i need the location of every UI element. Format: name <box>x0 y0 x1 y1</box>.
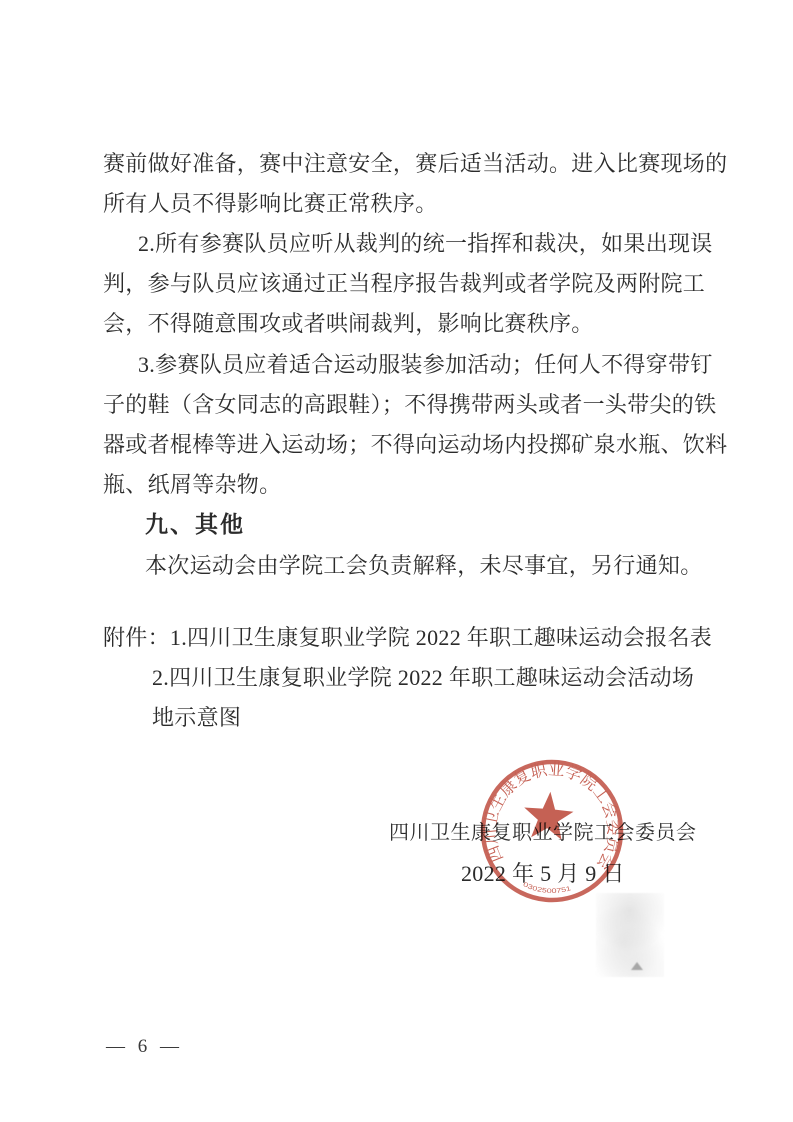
body-line: 本次运动会由学院工会负责解释，未尽事宜，另行通知。 <box>145 553 703 579</box>
body-line: 2.所有参赛队员应听从裁判的统一指挥和裁决，如果出现误 <box>138 231 713 257</box>
body-line: 会，不得随意围攻或者哄闹裁判，影响比赛秩序。 <box>103 311 594 337</box>
attachment-line: 地示意图 <box>152 705 241 731</box>
attachment-line: 附件：1.四川卫生康复职业学院 2022 年职工趣味运动会报名表 <box>103 625 712 651</box>
body-line: 判，参与队员应该通过正当程序报告裁判或者学院及两附院工 <box>103 271 705 297</box>
body-line: 器或者棍棒等进入运动场；不得向运动场内投掷矿泉水瓶、饮料 <box>103 432 727 458</box>
body-line: 子的鞋（含女同志的高跟鞋）；不得携带两头或者一头带尖的铁 <box>103 392 716 418</box>
body-line: 赛前做好准备，赛中注意安全，赛后适当活动。进入比赛现场的 <box>103 151 727 177</box>
seal-svg: 四川卫生康复职业学院工会委员会 0302500751 <box>467 746 637 916</box>
star-icon <box>522 790 575 841</box>
body-line: 3.参赛队员应着适合运动服装参加活动；任何人不得穿带钉 <box>138 352 713 378</box>
body-line: 瓶、纸屑等杂物。 <box>103 472 281 498</box>
body-line: 所有人员不得影响比赛正常秩序。 <box>103 191 438 217</box>
scan-artifact <box>596 893 664 977</box>
page-number: — 6 — <box>106 1034 183 1060</box>
attachment-line: 2.四川卫生康复职业学院 2022 年职工趣味运动会活动场 <box>152 665 694 691</box>
document-page: 赛前做好准备，赛中注意安全，赛后适当活动。进入比赛现场的 所有人员不得影响比赛正… <box>0 0 793 1122</box>
scan-artifact <box>631 962 643 970</box>
section-heading: 九、其他 <box>145 511 245 537</box>
official-seal-stamp: 四川卫生康复职业学院工会委员会 0302500751 <box>467 746 637 916</box>
